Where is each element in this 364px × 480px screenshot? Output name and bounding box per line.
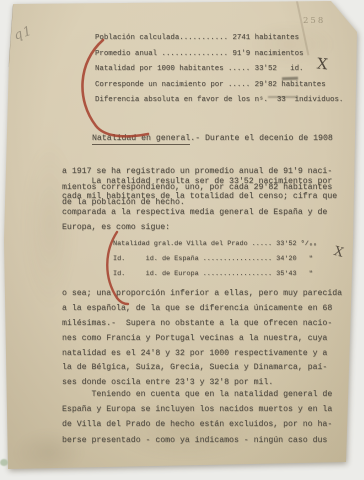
scan-artifact-dot (0, 459, 8, 466)
ink-smudge (268, 96, 298, 98)
x-mark-annotation: X (316, 54, 329, 73)
document-page: q1 258 Población calculada........... 27… (0, 0, 364, 480)
scanned-document-screenshot: q1 258 Población calculada........... 27… (0, 0, 364, 480)
red-parenthesis-mark (0, 0, 364, 480)
page-shadow-wrap: q1 258 Población calculada........... 27… (0, 0, 364, 480)
